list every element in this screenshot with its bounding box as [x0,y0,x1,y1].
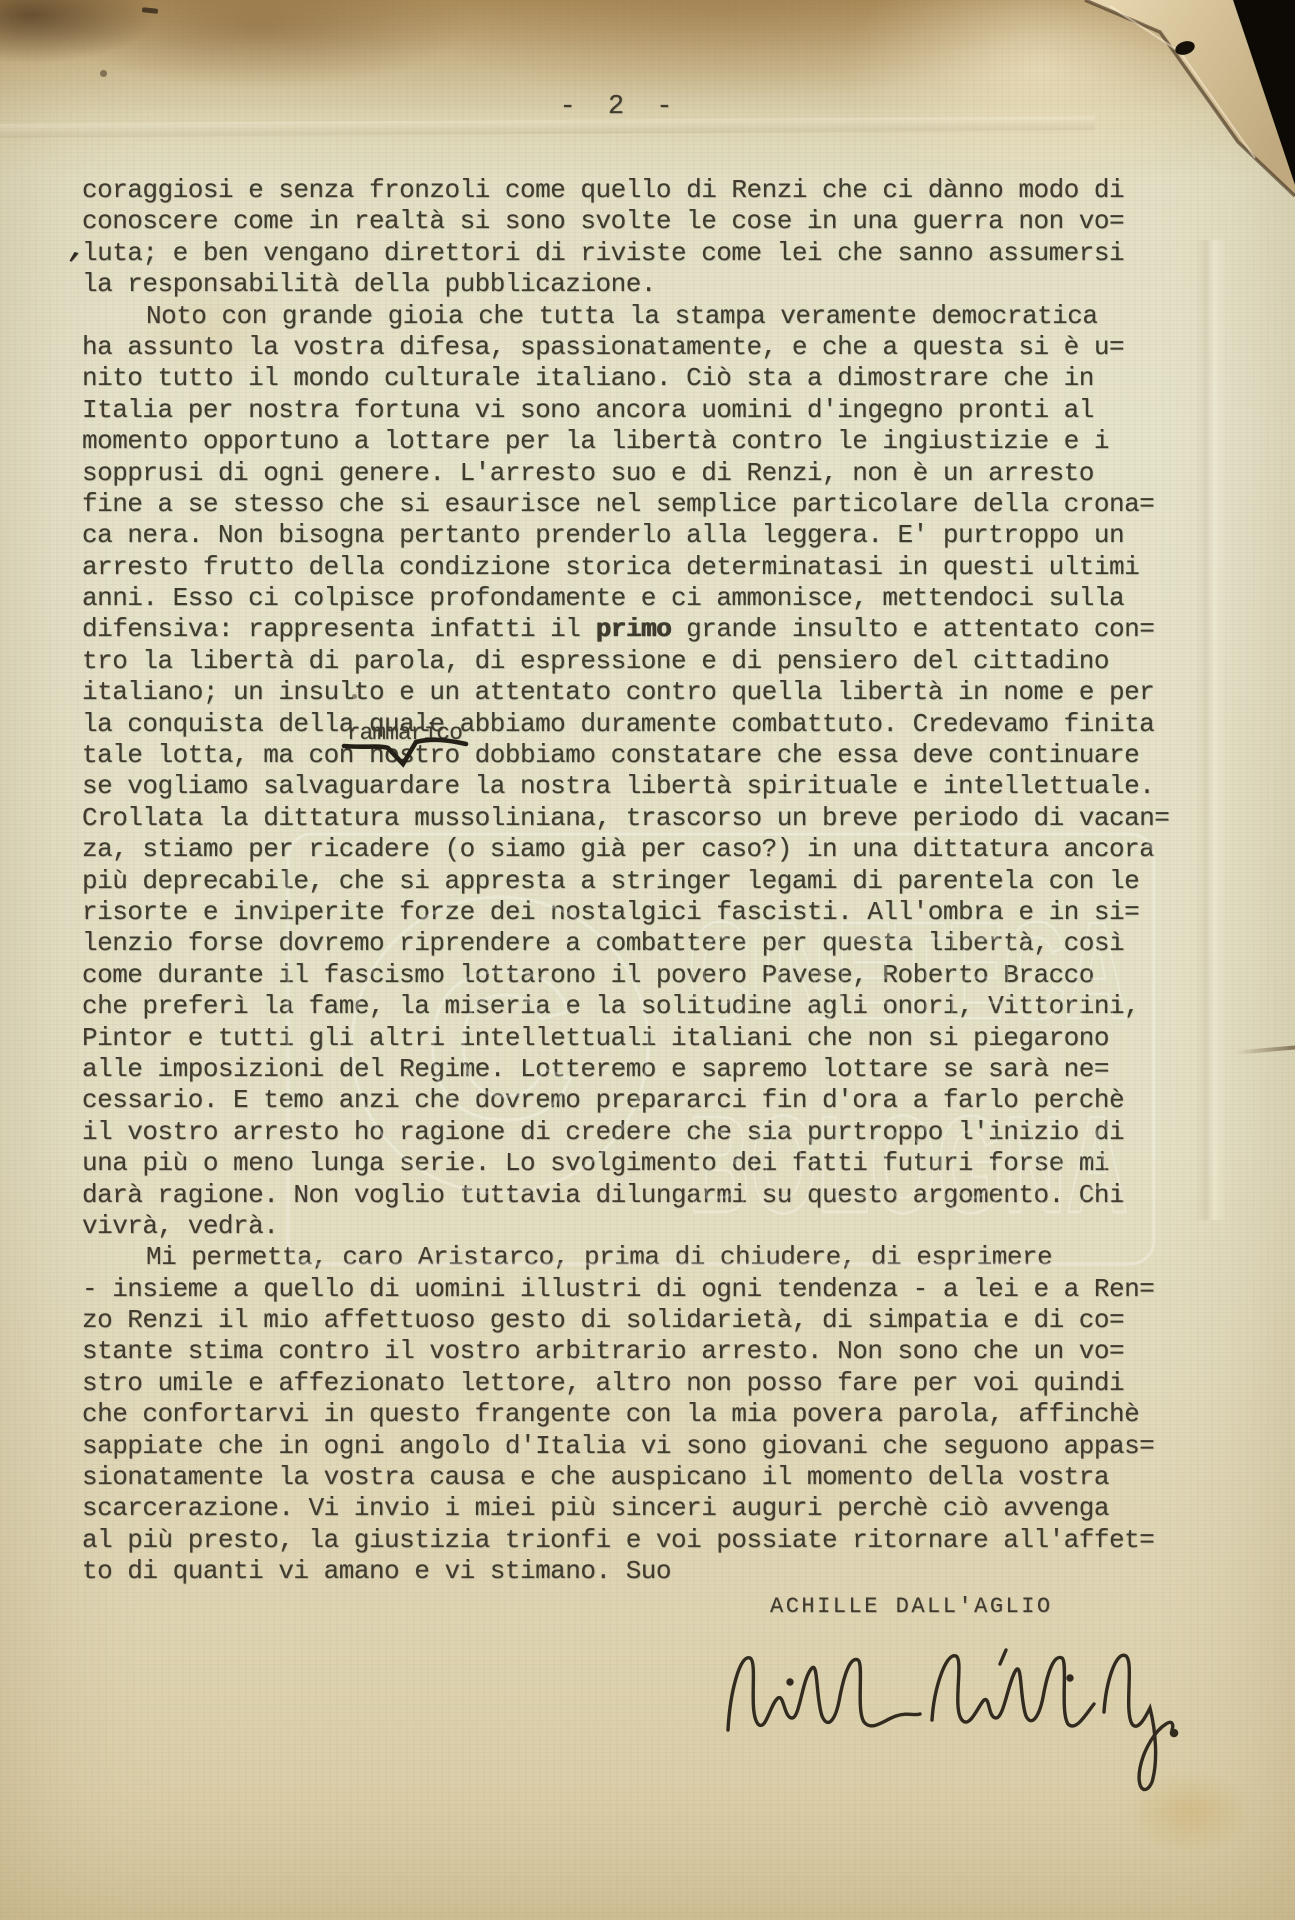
typed-line: zo Renzi il mio affettuoso gesto di soli… [82,1305,1242,1336]
typed-line: vivrà, vedrà. [82,1211,1242,1242]
typed-line: anni. Esso ci colpisce profondamente e c… [82,583,1242,614]
typed-line: al più presto, la giustizia trionfi e vo… [82,1525,1242,1556]
typed-line: Italia per nostra fortuna vi sono ancora… [82,395,1242,426]
typed-line: stro umile e affezionato lettore, altro … [82,1368,1242,1399]
typed-line: cessario. E temo anzi che dovremo prepar… [82,1085,1242,1116]
typed-line: che confortarvi in questo frangente con … [82,1399,1242,1430]
typed-line: difensiva: rappresenta infatti il primo … [82,614,1242,645]
typed-line: za, stiamo per ricadere (o siamo già per… [82,834,1242,865]
typed-line: lenzio forse dovremo riprendere a combat… [82,928,1242,959]
typed-line: arresto frutto della condizione storica … [82,552,1242,583]
typed-line: sappiate che in ogni angolo d'Italia vi … [82,1431,1242,1462]
typed-line: la responsabilità della pubblicazione. [82,269,1242,300]
typed-line: - insieme a quello di uomini illustri di… [82,1274,1242,1305]
typed-line: una più o meno lunga serie. Lo svolgimen… [82,1148,1242,1179]
typed-line: fine a se stesso che si esaurisce nel se… [82,489,1242,520]
typed-line: ha assunto la vostra difesa, spassionata… [82,332,1242,363]
typed-line: risorte e inviperite forze dei nostalgic… [82,897,1242,928]
typed-line: Mi permetta, caro Aristarco, prima di ch… [82,1242,1242,1273]
typed-line: tro la libertà di parola, di espressione… [82,646,1242,677]
typed-line: darà ragione. Non voglio tuttavia dilung… [82,1180,1242,1211]
typed-line: il vostro arresto ho ragione di credere … [82,1117,1242,1148]
typed-line: la conquista della quale abbiamo duramen… [82,709,1242,740]
scanned-letter-page: - 2 - ’ coraggiosi e senza fronzoli come… [0,0,1295,1920]
insertion-caret [340,730,470,770]
typed-line: tale lotta, ma con nostro rammaricodobbi… [82,740,1242,771]
typed-line: Noto con grande gioia che tutta la stamp… [82,301,1242,332]
handwritten-signature [700,1612,1180,1802]
typed-line: stante stima contro il vostro arbitrario… [82,1336,1242,1367]
typed-text: coraggiosi e senza fronzoli come quello … [82,175,1242,1588]
typed-line: più deprecabile, che si appresta a strin… [82,866,1242,897]
typed-line: to di quanti vi amano e vi stimano. Suo [82,1556,1242,1587]
typed-line: sionatamente la vostra causa e che auspi… [82,1462,1242,1493]
typed-line: luta; e ben vengano direttori di riviste… [82,238,1242,269]
typed-line: che preferì la fame, la miseria e la sol… [82,991,1242,1022]
typed-line: ca nera. Non bisogna pertanto prenderlo … [82,520,1242,551]
typed-line: Crollata la dittatura mussoliniana, tras… [82,803,1242,834]
typed-line: scarcerazione. Vi invio i miei più since… [82,1493,1242,1524]
ink-speck [100,70,107,77]
typed-line: alle imposizioni del Regime. Lotteremo e… [82,1054,1242,1085]
typed-line: se vogliamo salvaguardare la nostra libe… [82,771,1242,802]
corner-fold [1050,0,1295,230]
typed-line: momento opportuno a lottare per la liber… [82,426,1242,457]
typed-line: italiano; un insulto e un attentato cont… [82,677,1242,708]
typed-line: come durante il fascismo lottarono il po… [82,960,1242,991]
typed-line: nito tutto il mondo culturale italiano. … [82,363,1242,394]
typed-line: Pintor e tutti gli altri intellettuali i… [82,1023,1242,1054]
typed-line: sopprusi di ogni genere. L'arresto suo e… [82,458,1242,489]
